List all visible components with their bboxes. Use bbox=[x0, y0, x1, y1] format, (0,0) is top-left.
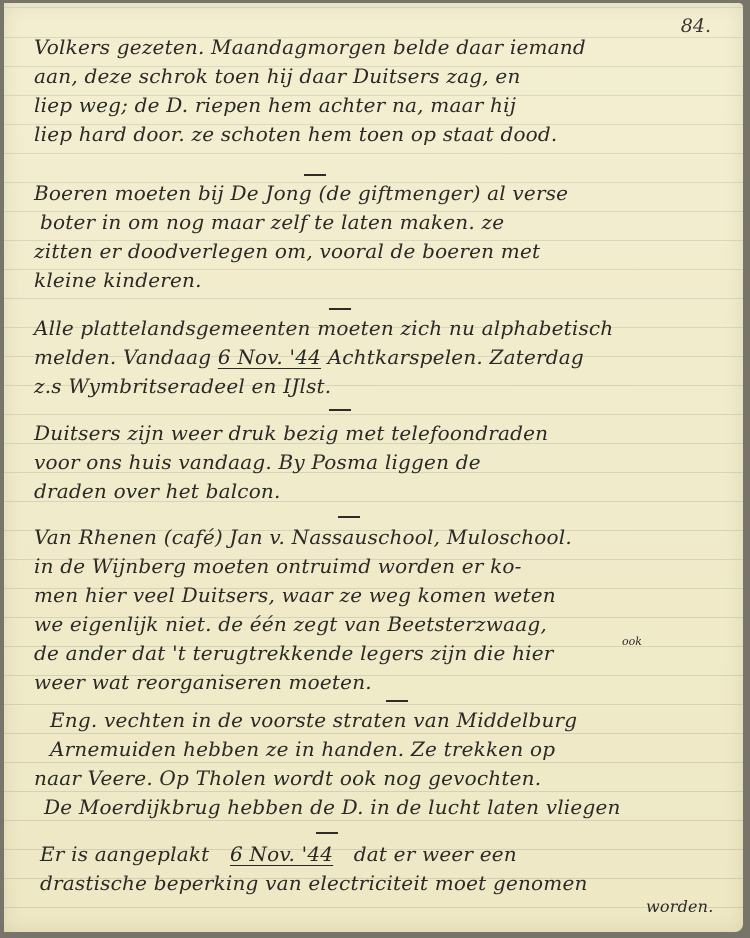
entry-text: dat er weer een bbox=[354, 842, 517, 866]
entry-line: z.s Wymbritseradeel en IJlst. bbox=[34, 372, 331, 401]
entry-line: voor ons huis vandaag. By Posma liggen d… bbox=[34, 448, 481, 477]
entry-line: Alle plattelandsgemeenten moeten zich nu… bbox=[34, 314, 613, 343]
entry-line: boter in om nog maar zelf te laten maken… bbox=[40, 208, 504, 237]
entry-line: we eigenlijk niet. de één zegt van Beets… bbox=[34, 610, 547, 639]
entry-line: Arnemuiden hebben ze in handen. Ze trekk… bbox=[50, 735, 555, 764]
entry-line: in de Wijnberg moeten ontruimd worden er… bbox=[34, 552, 522, 581]
entry-line: drastische beperking van electriciteit m… bbox=[40, 869, 588, 898]
entry-text: melden. Vandaag bbox=[34, 345, 211, 369]
entry-line: De Moerdijkbrug hebben de D. in de lucht… bbox=[44, 793, 621, 822]
entry-text: Achtkarspelen. Zaterdag bbox=[328, 345, 584, 369]
entry-line: naar Veere. Op Tholen wordt ook nog gevo… bbox=[34, 764, 541, 793]
entry-line: Er is aangeplakt 6 Nov. '44 dat er weer … bbox=[40, 840, 517, 869]
entry-line: liep weg; de D. riepen hem achter na, ma… bbox=[34, 91, 516, 120]
entry-line: Volkers gezeten. Maandagmorgen belde daa… bbox=[34, 33, 586, 62]
entry-line: Boeren moeten bij De Jong (de giftmenger… bbox=[34, 179, 568, 208]
entry-line: draden over het balcon. bbox=[34, 477, 281, 506]
entry-separator bbox=[386, 700, 408, 702]
entry-line: Duitsers zijn weer druk bezig met telefo… bbox=[34, 419, 548, 448]
entry-line: aan, deze schrok toen hij daar Duitsers … bbox=[34, 62, 521, 91]
entry-line: worden. bbox=[646, 892, 713, 921]
entry-line: men hier veel Duitsers, waar ze weg kome… bbox=[34, 581, 556, 610]
entry-line: zitten er doodverlegen om, vooral de boe… bbox=[34, 237, 540, 266]
entry-separator bbox=[316, 832, 338, 834]
entry-line: de ander dat 't terugtrekkende legers zi… bbox=[34, 639, 554, 668]
entry-line: melden. Vandaag 6 Nov. '44 Achtkarspelen… bbox=[34, 343, 584, 372]
inserted-word: ook bbox=[622, 635, 642, 648]
entry-line: weer wat reorganiseren moeten. bbox=[34, 668, 372, 697]
underlined-date: 6 Nov. '44 bbox=[218, 345, 321, 369]
page-number: 84. bbox=[681, 15, 711, 37]
entry-text: Er is aangeplakt bbox=[40, 842, 209, 866]
notebook-page: 84. Volkers gezeten. Maandagmorgen belde… bbox=[4, 3, 743, 932]
entry-line: kleine kinderen. bbox=[34, 266, 202, 295]
entry-separator bbox=[304, 174, 326, 176]
entry-line: Eng. vechten in de voorste straten van M… bbox=[50, 706, 577, 735]
entry-separator bbox=[329, 308, 351, 310]
entry-line: liep hard door. ze schoten hem toen op s… bbox=[34, 120, 558, 149]
underlined-date: 6 Nov. '44 bbox=[230, 842, 333, 866]
entry-separator bbox=[329, 409, 351, 411]
entry-line: Van Rhenen (café) Jan v. Nassauschool, M… bbox=[34, 523, 572, 552]
entry-separator bbox=[338, 516, 360, 518]
